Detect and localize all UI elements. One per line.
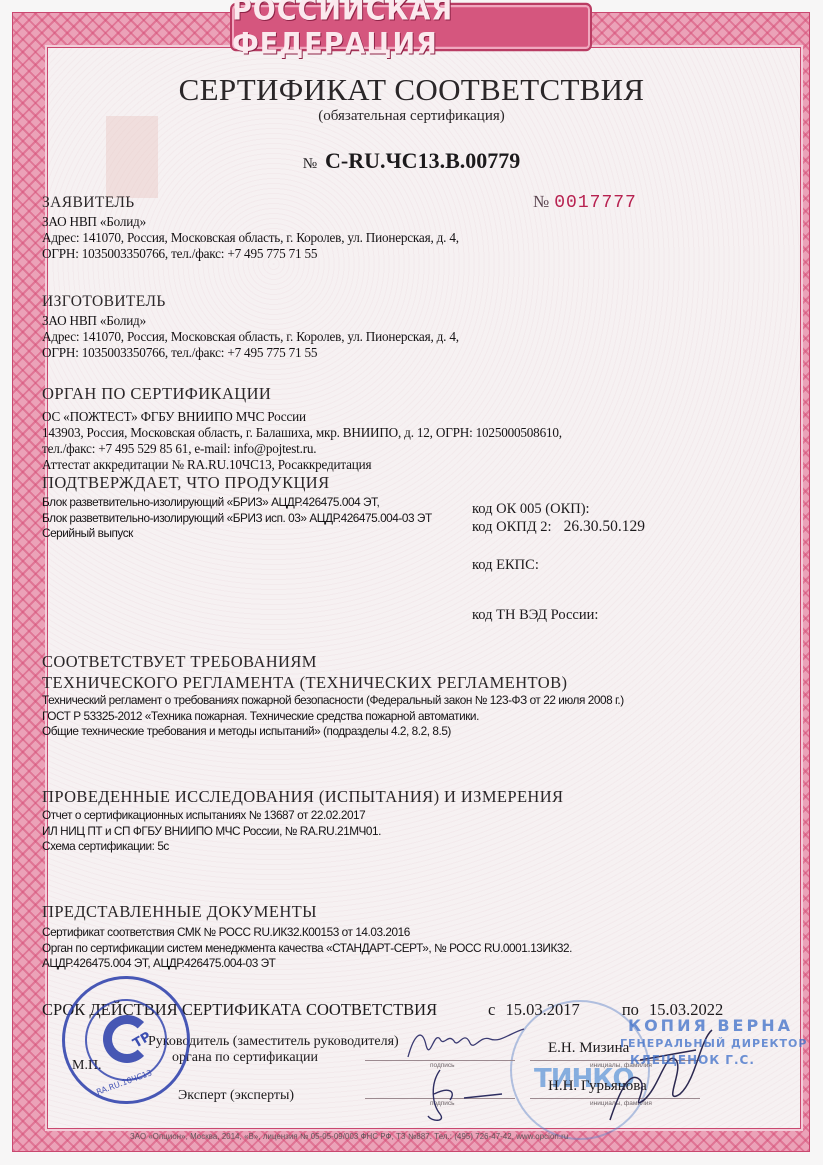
documents-details: Сертификат соответствия СМК № РОСС RU.ИК… [42, 925, 572, 972]
country-banner: РОССИЙСКАЯ ФЕДЕРАЦИЯ [230, 3, 592, 51]
certification-body-address: 143903, Россия, Московская область, г. Б… [42, 425, 562, 441]
requirements-heading-1: СООТВЕТСТВУЕТ ТРЕБОВАНИЯМ [42, 652, 317, 672]
applicant-heading: ЗАЯВИТЕЛЬ [42, 194, 135, 212]
serial-number-value: 0017777 [554, 193, 637, 213]
requirement-line-3: Общие технические требования и методы ис… [42, 724, 624, 740]
certification-body-contacts: тел./факс: +7 495 529 85 61, e-mail: inf… [42, 441, 562, 457]
copy-stamp-line-2: ГЕНЕРАЛЬНЫЙ ДИРЕКТОР [620, 1037, 807, 1050]
copy-stamp-line-3: КЛЕЩЕНОК Г.С. [630, 1053, 807, 1067]
code-okpd2: код ОКПД 2:26.30.50.129 [472, 518, 645, 536]
applicant-name: ЗАО НВП «Болид» [42, 214, 459, 230]
applicant-details: ЗАО НВП «Болид» Адрес: 141070, Россия, М… [42, 214, 459, 262]
number-symbol: № [303, 156, 317, 172]
manufacturer-details: ЗАО НВП «Болид» Адрес: 141070, Россия, М… [42, 313, 459, 361]
requirements-details: Технический регламент о требованиях пожа… [42, 693, 624, 740]
serial-symbol: № [533, 192, 550, 211]
printer-info: ЗАО «Опцион», Москва, 2014, «В», лицензи… [130, 1132, 568, 1141]
code-tnved-label: код ТН ВЭД России: [472, 607, 598, 623]
head-role-line-2: органа по сертификации [172, 1050, 318, 1066]
certificate-title: СЕРТИФИКАТ СООТВЕТСТВИЯ [0, 72, 823, 108]
certificate-number-value: C-RU.ЧС13.В.00779 [325, 148, 520, 173]
requirement-line-1: Технический регламент о требованиях пожа… [42, 693, 624, 709]
certificate-number: №C-RU.ЧС13.В.00779 [0, 148, 823, 174]
product-line-2: Блок разветвительно-изолирующий «БРИЗ ис… [42, 511, 432, 527]
requirement-line-2: ГОСТ Р 53325-2012 «Техника пожарная. Тех… [42, 709, 624, 725]
product-line-1: Блок разветвительно-изолирующий «БРИЗ» А… [42, 495, 432, 511]
manufacturer-ogrn: ОГРН: 1035003350766, тел./факс: +7 495 7… [42, 345, 459, 361]
product-line-3: Серийный выпуск [42, 526, 432, 542]
code-ok005-label: код ОК 005 (ОКП): [472, 501, 590, 517]
code-ekps: код ЕКПС: [472, 556, 551, 574]
serial-number: №0017777 [533, 192, 637, 213]
test-line-2: ИЛ НИЦ ПТ и СП ФГБУ ВНИИПО МЧС России, №… [42, 824, 381, 840]
applicant-address: Адрес: 141070, Россия, Московская област… [42, 230, 459, 246]
certification-body-heading: ОРГАН ПО СЕРТИФИКАЦИИ [42, 384, 271, 404]
expert-role: Эксперт (эксперты) [178, 1088, 294, 1104]
copy-stamp-line-1: КОПИЯ ВЕРНА [628, 1016, 807, 1035]
code-okpd2-value: 26.30.50.129 [564, 518, 645, 535]
manufacturer-heading: ИЗГОТОВИТЕЛЬ [42, 293, 166, 311]
product-details: Блок разветвительно-изолирующий «БРИЗ» А… [42, 495, 432, 542]
tests-heading: ПРОВЕДЕННЫЕ ИССЛЕДОВАНИЯ (ИСПЫТАНИЯ) И И… [42, 787, 563, 807]
code-okpd2-label: код ОКПД 2: [472, 519, 552, 535]
certification-body-stamp: ТР RA.RU.10ЧС13 [62, 976, 190, 1104]
product-heading: ПОДТВЕРЖДАЕТ, ЧТО ПРОДУКЦИЯ [42, 473, 330, 493]
certification-body-name: ОС «ПОЖТЕСТ» ФГБУ ВНИИПО МЧС России [42, 409, 562, 425]
code-ok005: код ОК 005 (ОКП): [472, 500, 602, 518]
test-line-3: Схема сертификации: 5с [42, 839, 381, 855]
test-line-1: Отчет о сертификационных испытаниях № 13… [42, 808, 381, 824]
certification-body-accreditation: Аттестат аккредитации № RA.RU.10ЧС13, Ро… [42, 457, 562, 473]
head-signature [400, 1015, 530, 1065]
document-line-1: Сертификат соответствия СМК № РОСС RU.ИК… [42, 925, 572, 941]
expert-signature [410, 1064, 520, 1124]
certification-body-details: ОС «ПОЖТЕСТ» ФГБУ ВНИИПО МЧС России 1439… [42, 409, 562, 473]
code-tnved: код ТН ВЭД России: [472, 606, 610, 624]
applicant-ogrn: ОГРН: 1035003350766, тел./факс: +7 495 7… [42, 246, 459, 262]
copy-verified-stamp: КОПИЯ ВЕРНА ГЕНЕРАЛЬНЫЙ ДИРЕКТОР КЛЕЩЕНО… [628, 1016, 807, 1067]
document-line-2: Орган по сертификации систем менеджмента… [42, 941, 572, 957]
requirements-heading-2: ТЕХНИЧЕСКОГО РЕГЛАМЕНТА (ТЕХНИЧЕСКИХ РЕГ… [42, 673, 567, 693]
manufacturer-address: Адрес: 141070, Россия, Московская област… [42, 329, 459, 345]
code-ekps-label: код ЕКПС: [472, 557, 539, 573]
tests-details: Отчет о сертификационных испытаниях № 13… [42, 808, 381, 855]
certificate-subtitle: (обязательная сертификация) [0, 108, 823, 125]
documents-heading: ПРЕДСТАВЛЕННЫЕ ДОКУМЕНТЫ [42, 902, 317, 922]
document-line-3: АЦДР.426475.004 ЭТ, АЦДР.426475.004-03 Э… [42, 956, 572, 972]
manufacturer-name: ЗАО НВП «Болид» [42, 313, 459, 329]
